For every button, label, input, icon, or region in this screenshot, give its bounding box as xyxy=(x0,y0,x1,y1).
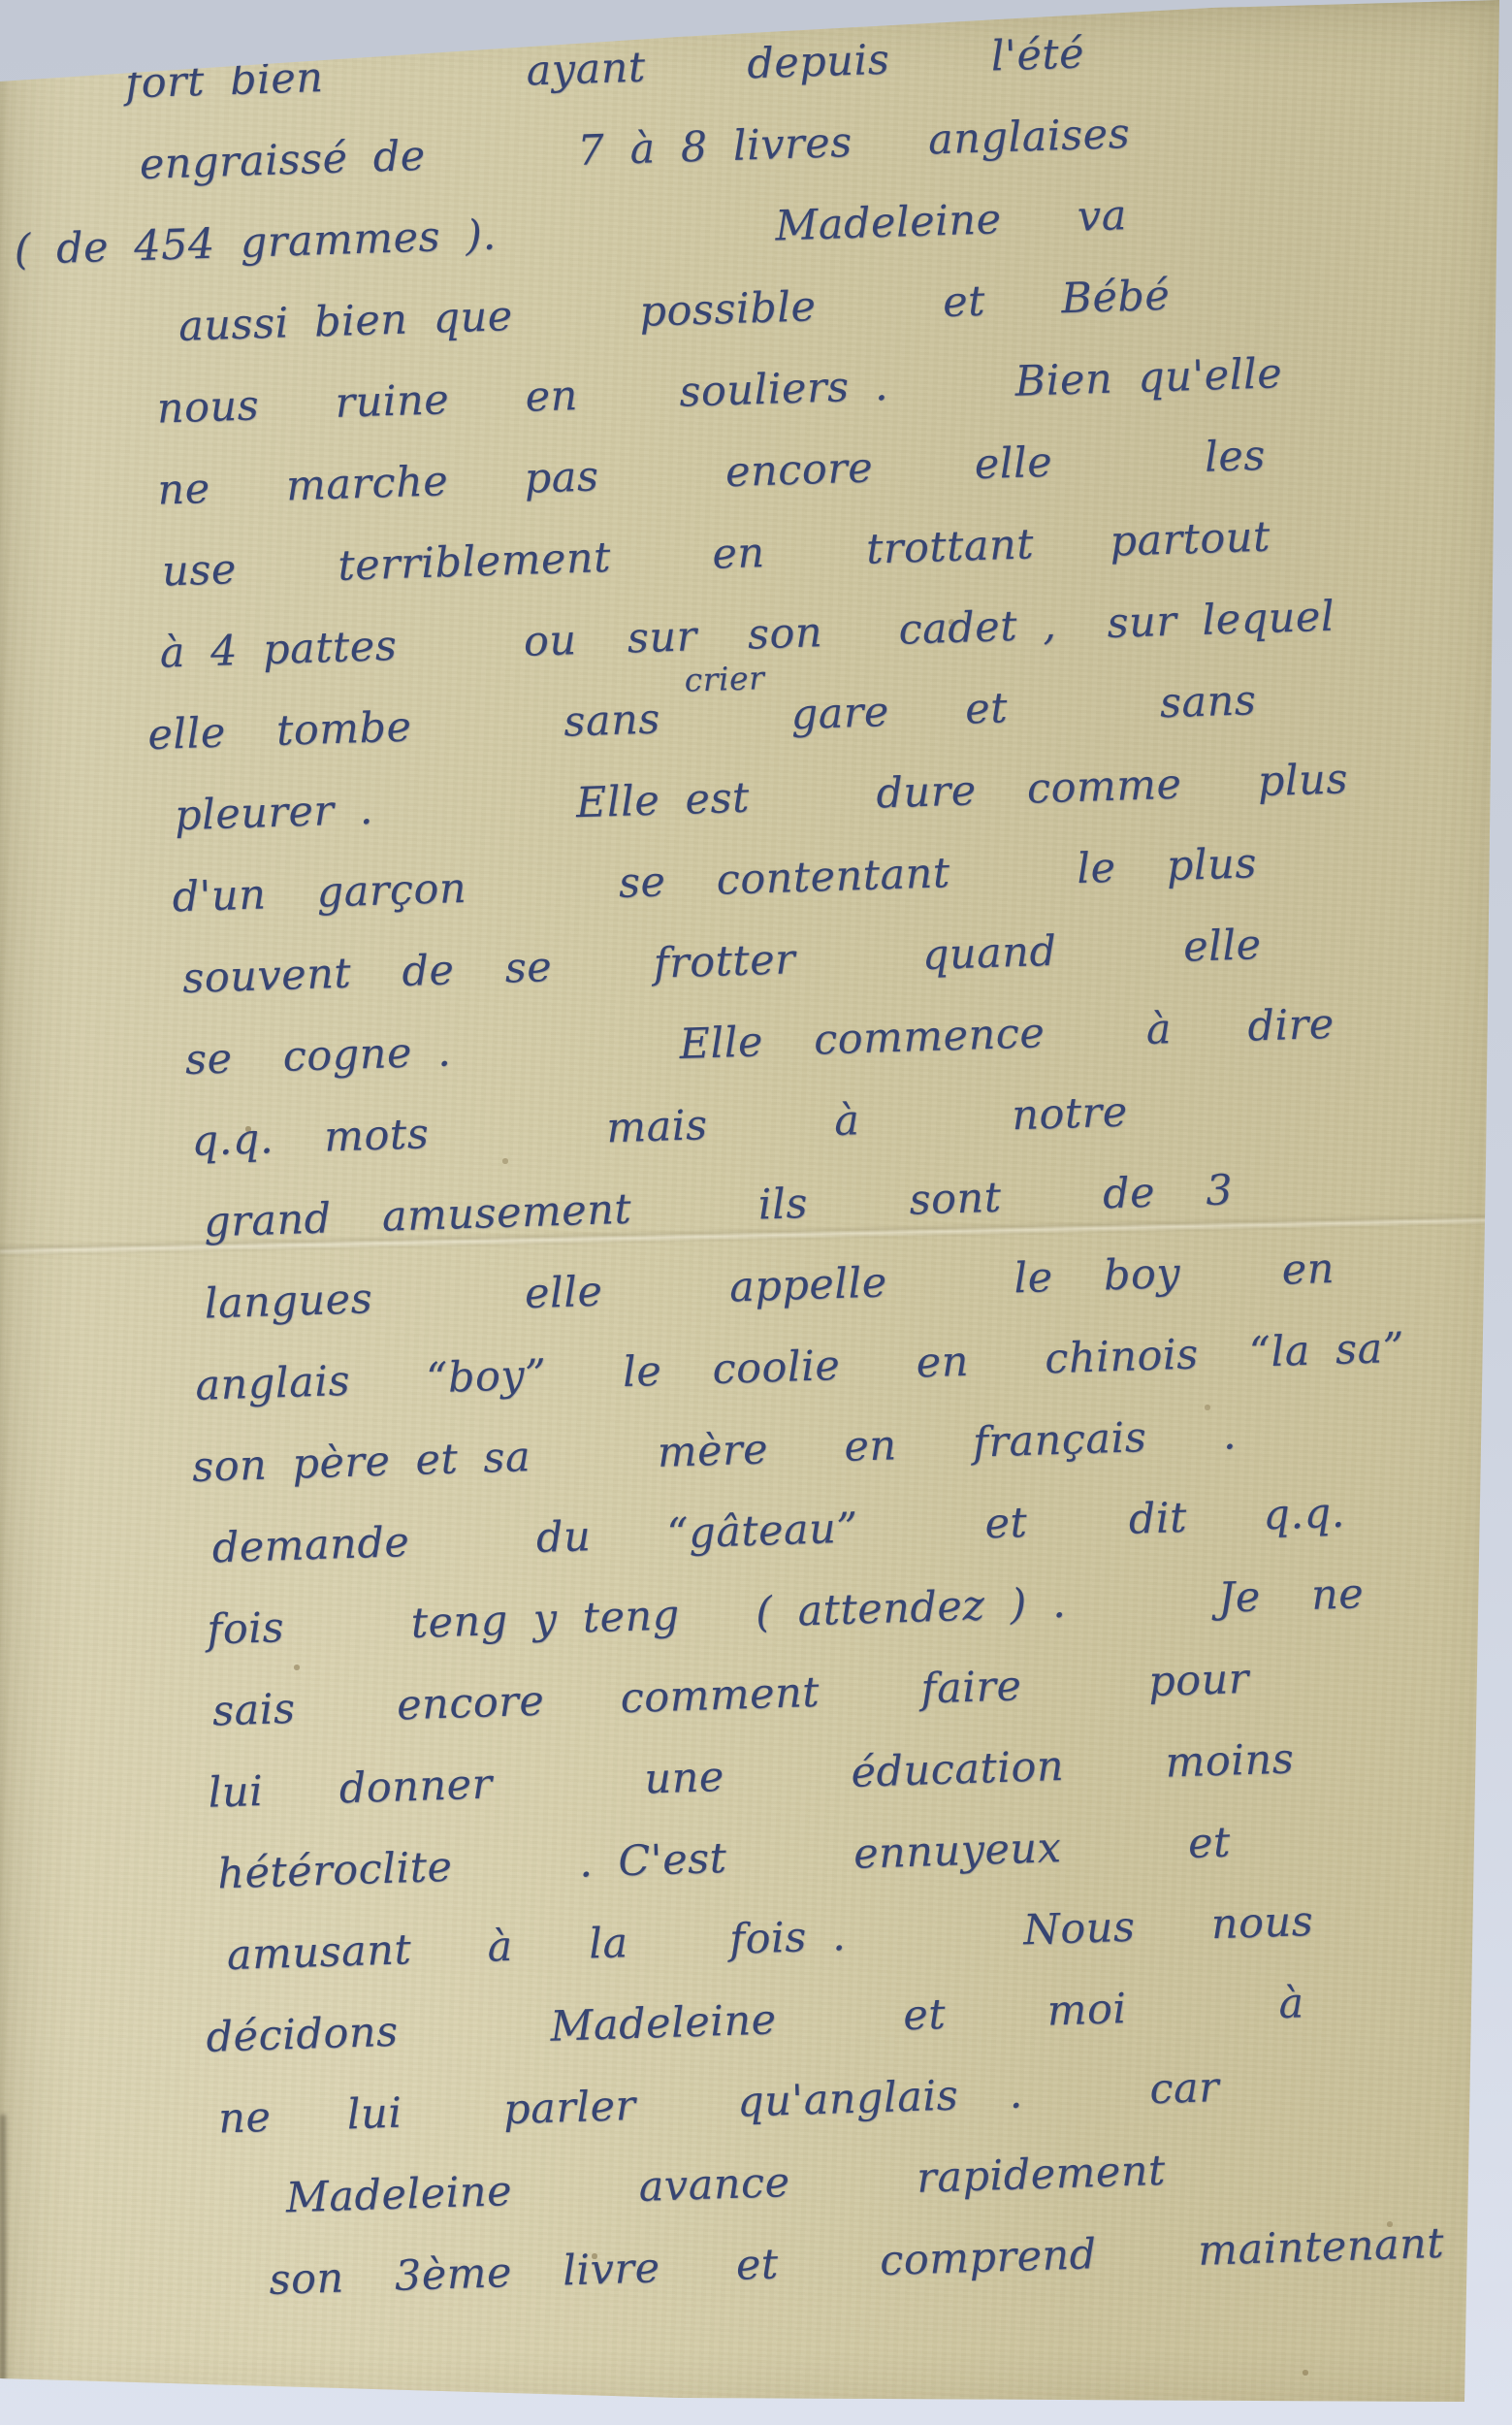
line-text: elle tombe sans xyxy=(147,695,687,760)
letter-page: fort bien ayant depuis l'étéengraissé de… xyxy=(0,0,1512,2425)
line-text: engraissé de 7 à 8 livres anglaises xyxy=(139,110,1131,189)
line-text: q.q. mots mais à notre xyxy=(191,1088,1129,1166)
inserted-word-above-line: crier xyxy=(685,678,765,681)
line-text: hétéroclite . C'est ennuyeux et xyxy=(217,1819,1232,1899)
line-text: Madeleine avance rapidement xyxy=(285,2147,1166,2222)
line-text: aussi bien que possible et Bébé xyxy=(177,272,1171,351)
letter-photo: fort bien ayant depuis l'étéengraissé de… xyxy=(0,0,1512,2425)
paper-edge-shadow xyxy=(0,2115,6,2396)
line-text: grand amusement ils sont de 3 xyxy=(203,1166,1233,1246)
line-text-after: gare et sans xyxy=(765,676,1257,740)
handwriting-block: fort bien ayant depuis l'étéengraissé de… xyxy=(0,0,1512,2327)
line-text: fort bien ayant depuis l'été xyxy=(125,29,1085,108)
paper-speckles xyxy=(0,0,2,2)
line-text: ne lui parler qu'anglais . car xyxy=(217,2063,1219,2143)
